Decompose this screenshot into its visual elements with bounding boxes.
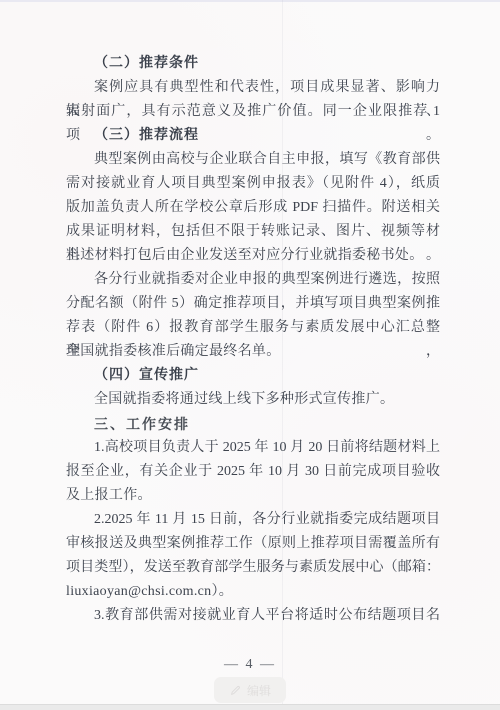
text-line: 3.教育部供需对接就业育人平台将适时公布结题项目名 (66, 604, 440, 628)
text-line: 1.高校项目负责人于 2025 年 10 月 20 日前将结题材料上 (66, 436, 440, 460)
text-line: （四）宣传推广 (66, 364, 440, 388)
text-line: 三、工作安排 (66, 412, 440, 436)
text-line: 版加盖负责人所在学校公章后形成 PDF 扫描件。附送相关 (66, 196, 440, 220)
text-line: 需对接就业育人项目典型案例申报表》（见附件 4），纸质 (66, 172, 440, 196)
page-bottom-edge (0, 704, 500, 710)
edit-button[interactable]: 编辑 (214, 677, 286, 703)
text-line: （二）推荐条件 (66, 52, 440, 76)
page-number: — 4 — (0, 657, 500, 673)
text-line: 报至企业，有关企业于 2025 年 10 月 30 日前完成项目验收 (66, 460, 440, 484)
text-line: 及上报工作。 (66, 484, 440, 508)
text-line: 上述材料打包后由企业发送至对应分行业就指委秘书处。 (66, 244, 440, 268)
text-line: 全国就指委将通过线上线下多种形式宣传推广。 (66, 388, 440, 412)
page-top-edge (0, 0, 500, 2)
document-body: （二）推荐条件案例应具有典型性和代表性，项目成果显著、影响力大、辐射面广，具有示… (66, 52, 440, 628)
text-line: 分配名额（附件 5）确定推荐项目，并填写项目典型案例推 (66, 292, 440, 316)
text-line: 辐射面广，具有示范意义及推广价值。同一企业限推荐 1 项。 (66, 100, 440, 124)
text-line: 成果证明材料，包括但不限于转账记录、图片、视频等材料。 (66, 220, 440, 244)
text-line: 项目类型），发送至教育部学生服务与素质发展中心（邮箱： (66, 556, 440, 580)
text-line: 案例应具有典型性和代表性，项目成果显著、影响力大、 (66, 76, 440, 100)
text-line: 审核报送及典型案例推荐工作（原则上推荐项目需覆盖所有 (66, 532, 440, 556)
edit-button-label: 编辑 (247, 682, 271, 699)
text-line: 荐表（附件 6）报教育部学生服务与素质发展中心汇总整理， (66, 316, 440, 340)
text-line: 典型案例由高校与企业联合自主申报，填写《教育部供 (66, 148, 440, 172)
document-page: （二）推荐条件案例应具有典型性和代表性，项目成果显著、影响力大、辐射面广，具有示… (0, 0, 500, 710)
text-line: liuxiaoyan@chsi.com.cn）。 (66, 580, 440, 604)
text-line: 2.2025 年 11 月 15 日前，各分行业就指委完成结题项目 (66, 508, 440, 532)
text-line: 各分行业就指委对企业申报的典型案例进行遴选，按照 (66, 268, 440, 292)
pencil-icon (229, 684, 242, 697)
